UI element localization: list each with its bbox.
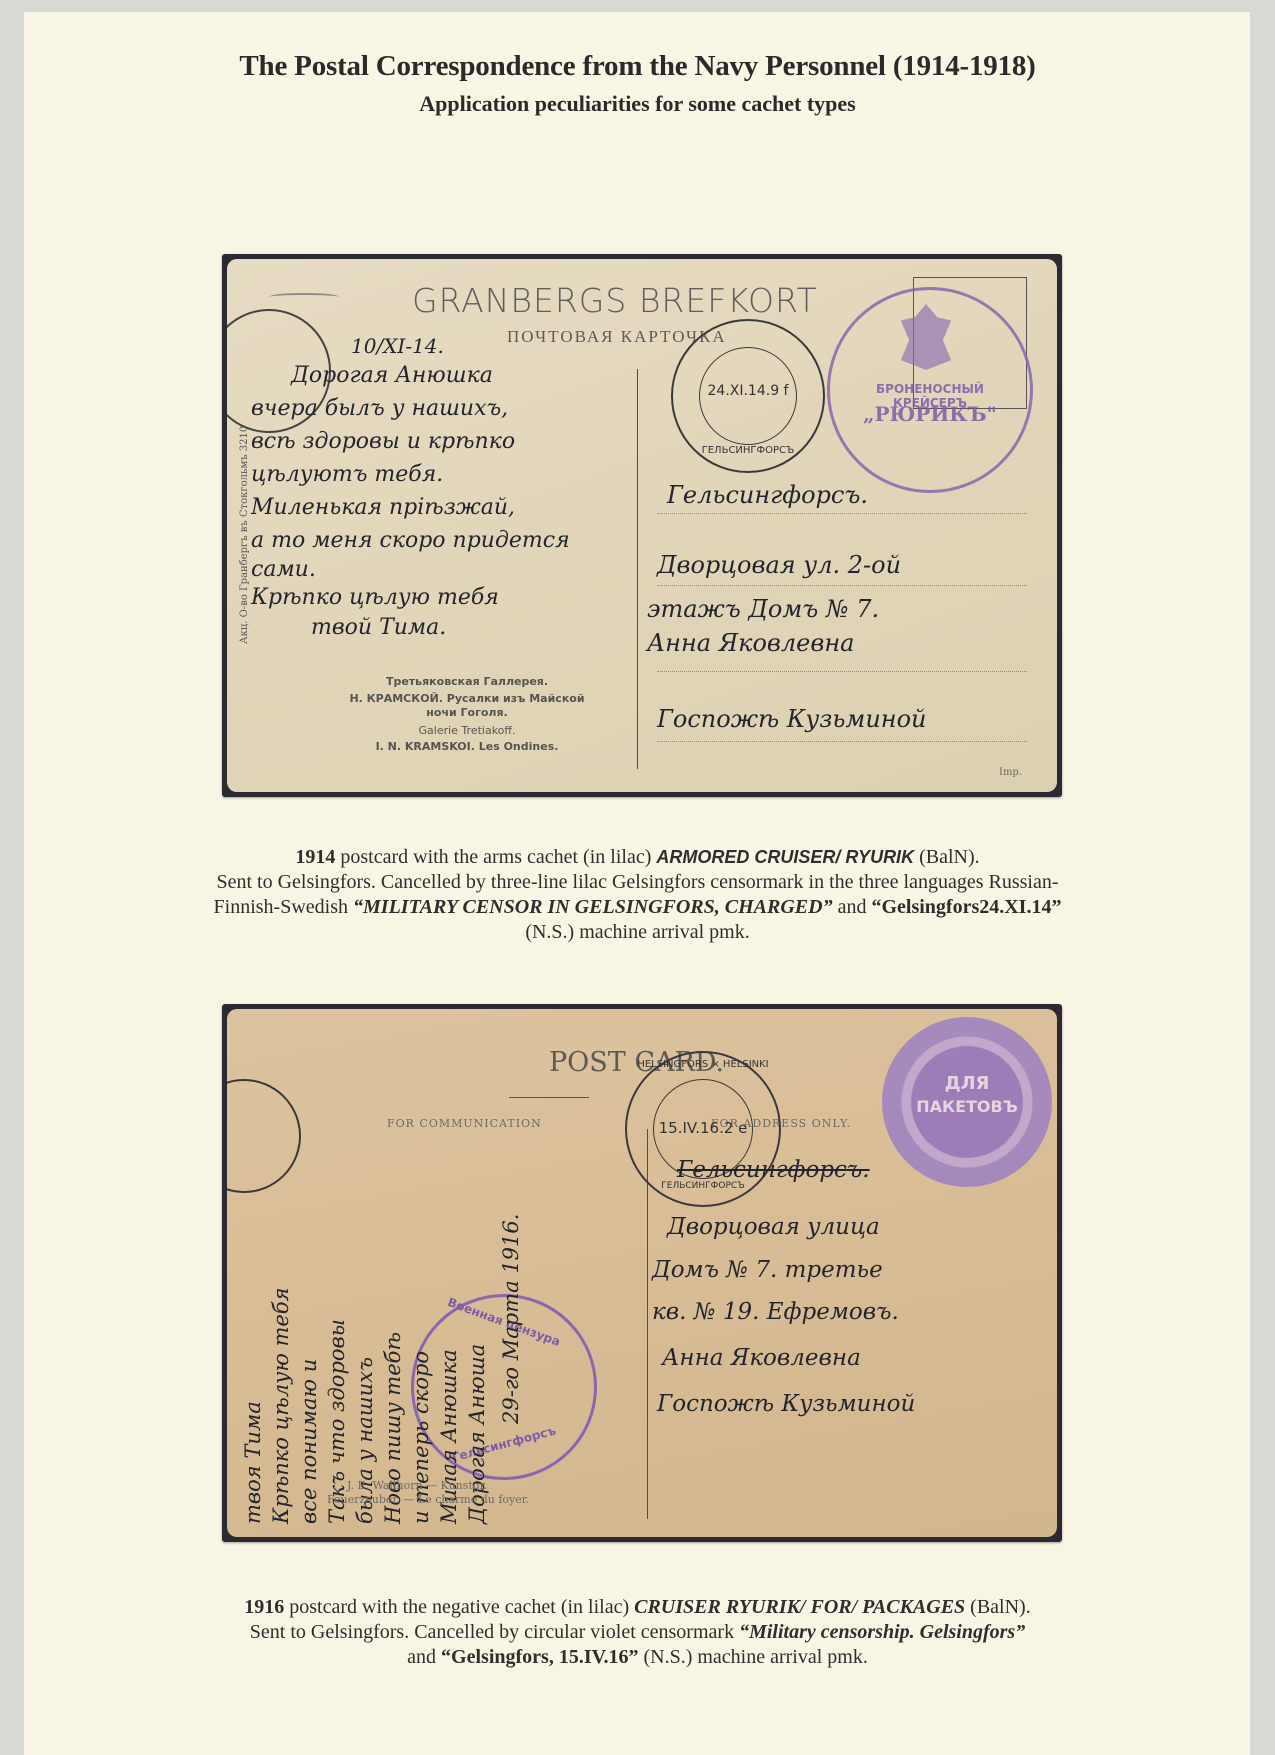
caption-1-text: Finnish-Swedish	[214, 896, 353, 918]
message-line: сами.	[251, 557, 651, 583]
message-area: 10/XI-14. Дорогая Анюшка вчера былъ у на…	[251, 333, 651, 643]
message-line: была у нашихъ	[351, 1024, 379, 1524]
caption-1-line-4: (N.S.) machine arrival pmk.	[60, 920, 1215, 945]
caption-2-cachet-name: CRUISER RYURIK/ FOR/ PACKAGES	[634, 1596, 965, 1618]
art-caption-line: Третьяковская Галлерея.	[297, 674, 637, 689]
arrival-postmark: 15.IV.16.2 e HELSINGFORS × HELSINKI ГЕЛЬ…	[625, 1051, 781, 1207]
address-line: Госпожѣ Кузьминой	[657, 705, 927, 733]
address-line: Домъ № 7. третье	[652, 1257, 883, 1283]
caption-1-censor-text: “MILITARY CENSOR IN GELSINGFORS, CHARGED…	[353, 896, 833, 918]
caption-2-text: Sent to Gelsingfors. Cancelled by circul…	[250, 1621, 739, 1643]
address-line: Дворцовая улица	[667, 1214, 880, 1240]
address-line: Анна Яковлевна	[662, 1345, 861, 1371]
caption-1-text: and	[833, 896, 872, 918]
page-title: The Postal Correspondence from the Navy …	[0, 50, 1275, 83]
caption-1-line-2: Sent to Gelsingfors. Cancelled by three-…	[60, 870, 1215, 895]
caption-2-text: and	[407, 1646, 441, 1668]
arrival-postmark: 24.XI.14.9 f ГЕЛЬСИНГФОРСЪ	[671, 319, 825, 473]
message-line: цѣлуютъ тебя.	[251, 458, 651, 491]
message-area: твоя Тима Крѣпко цѣлую тебя все понимаю …	[239, 1024, 639, 1524]
message-signature: твой Тима.	[311, 613, 651, 643]
publisher-line: J. E. Wallhorn — Kunstgr.	[347, 1479, 487, 1492]
message-date: 29-го Марта 1916.	[491, 1024, 531, 1424]
message-line: Миленькая пріѣзжай,	[251, 491, 651, 524]
publisher-vertical: Акц. О-во Гранбергъ въ Стокгольмъ 3210	[239, 426, 250, 644]
message-line: вчера былъ у нашихъ,	[251, 392, 651, 425]
address-line: Анна Яковлевна	[647, 629, 854, 657]
caption-2-text: (BalN).	[965, 1596, 1031, 1618]
caption-2-line-3: and “Gelsingfors, 15.IV.16” (N.S.) machi…	[60, 1645, 1215, 1670]
caption-2-year: 1916	[244, 1596, 284, 1618]
postcard-2-frame: POST CARD. FOR COMMUNICATION FOR ADDRESS…	[222, 1004, 1062, 1542]
caption-2-censor-text: “Military censorship. Gelsingfors”	[739, 1621, 1025, 1643]
address-line: Дворцовая ул. 2-ой	[657, 551, 901, 579]
art-caption-line: Н. КРАМСКОЙ. Русалки изъ Майской	[297, 691, 637, 706]
address-rule	[657, 585, 1027, 586]
address-line: Гельсингфорсъ.	[667, 481, 868, 509]
message-line: всѣ здоровы и крѣпко	[251, 425, 651, 458]
caption-1-year: 1914	[295, 846, 335, 868]
page-subtitle: Application peculiarities for some cache…	[0, 91, 1275, 117]
message-line: все понимаю и	[295, 1024, 323, 1524]
publisher-line: Feuerzauber. — Le charme du foyer.	[327, 1493, 529, 1506]
art-caption-line: ночи Гоголя.	[297, 705, 637, 720]
caption-1-cachet-name: ARMORED CRUISER/ RYURIK	[656, 847, 914, 867]
caption-2-line-1: 1916 postcard with the negative cachet (…	[60, 1595, 1215, 1620]
postmark-ring-bottom: ГЕЛЬСИНГФОРСЪ	[693, 445, 803, 456]
postmark-date: 15.IV.16.2 e	[649, 1119, 757, 1137]
caption-2-line-2: Sent to Gelsingfors. Cancelled by circul…	[60, 1620, 1215, 1645]
address-rule	[657, 513, 1027, 514]
arms-cachet: БРОНЕНОСНЫЙ КРЕЙСЕРЪ „РЮРИКЪ"	[827, 287, 1033, 493]
message-line: Ново пишу тебѣ	[379, 1024, 407, 1524]
caption-1-line-3: Finnish-Swedish “MILITARY CENSOR IN GELS…	[60, 895, 1215, 920]
address-line: этажъ Домъ № 7.	[647, 595, 879, 623]
caption-1-text: (BalN).	[914, 846, 980, 868]
caption-2-text: postcard with the negative cachet (in li…	[284, 1596, 634, 1618]
caption-1-pmk-text: “Gelsingfors24.XI.14”	[871, 896, 1061, 918]
caption-2-pmk-text: “Gelsingfors, 15.IV.16”	[441, 1646, 638, 1668]
cachet-line-2: „РЮРИКЪ"	[840, 402, 1020, 426]
cachet-line-2: ПАКЕТОВЪ	[882, 1097, 1052, 1116]
postmark-date: 24.XI.14.9 f	[695, 383, 801, 399]
eagle-icon	[898, 304, 954, 370]
caption-2: 1916 postcard with the negative cachet (…	[60, 1595, 1215, 1670]
message-line: Крѣпко цѣлую тебя	[267, 1024, 295, 1524]
postmark-ring-top: HELSINGFORS × HELSINKI	[627, 1059, 779, 1070]
art-caption-line: Galerie Tretiakoff.	[297, 723, 637, 738]
caption-1-line-1: 1914 postcard with the arms cachet (in l…	[60, 845, 1215, 870]
message-line: Дорогая Анюша	[463, 1024, 491, 1524]
packages-cachet: ДЛЯ ПАКЕТОВЪ	[882, 1017, 1052, 1187]
address-line: Гельсингфорсъ.	[677, 1157, 870, 1183]
ornament-icon	[269, 293, 339, 301]
caption-1: 1914 postcard with the arms cachet (in l…	[60, 845, 1215, 945]
postcard-1-frame: GRANBERGS BREFKORT ПОЧТОВАЯ КАРТОЧКА Акц…	[222, 254, 1062, 797]
card-brand: GRANBERGS BREFKORT	[412, 281, 818, 320]
art-caption-line: I. N. KRAMSKOI. Les Ondines.	[297, 739, 637, 754]
address-line: кв. № 19. Ефремовъ.	[652, 1299, 899, 1325]
address-rule	[657, 741, 1027, 742]
message-line: Дорогая Анюшка	[291, 359, 651, 392]
message-line: Крѣпко цѣлую тебя	[251, 583, 651, 613]
message-line: и теперь скоро	[407, 1024, 435, 1524]
message-date: 10/XI-14.	[351, 333, 651, 359]
address-line: Госпожѣ Кузьминой	[657, 1391, 915, 1417]
caption-1-text: postcard with the arms cachet (in lilac)	[335, 846, 656, 868]
address-rule	[657, 671, 1027, 672]
message-line: Такъ что здоровы	[323, 1024, 351, 1524]
caption-2-text: (N.S.) machine arrival pmk.	[638, 1646, 867, 1668]
message-line: Милая Анюшка	[435, 1024, 463, 1524]
message-line: а то меня скоро придется	[251, 524, 651, 557]
message-line: твоя Тима	[239, 1024, 267, 1524]
imprint: Imp.	[999, 767, 1022, 778]
postcard-2: POST CARD. FOR COMMUNICATION FOR ADDRESS…	[227, 1009, 1057, 1537]
postcard-1: GRANBERGS BREFKORT ПОЧТОВАЯ КАРТОЧКА Акц…	[227, 259, 1057, 792]
cachet-line-1: ДЛЯ	[882, 1073, 1052, 1094]
